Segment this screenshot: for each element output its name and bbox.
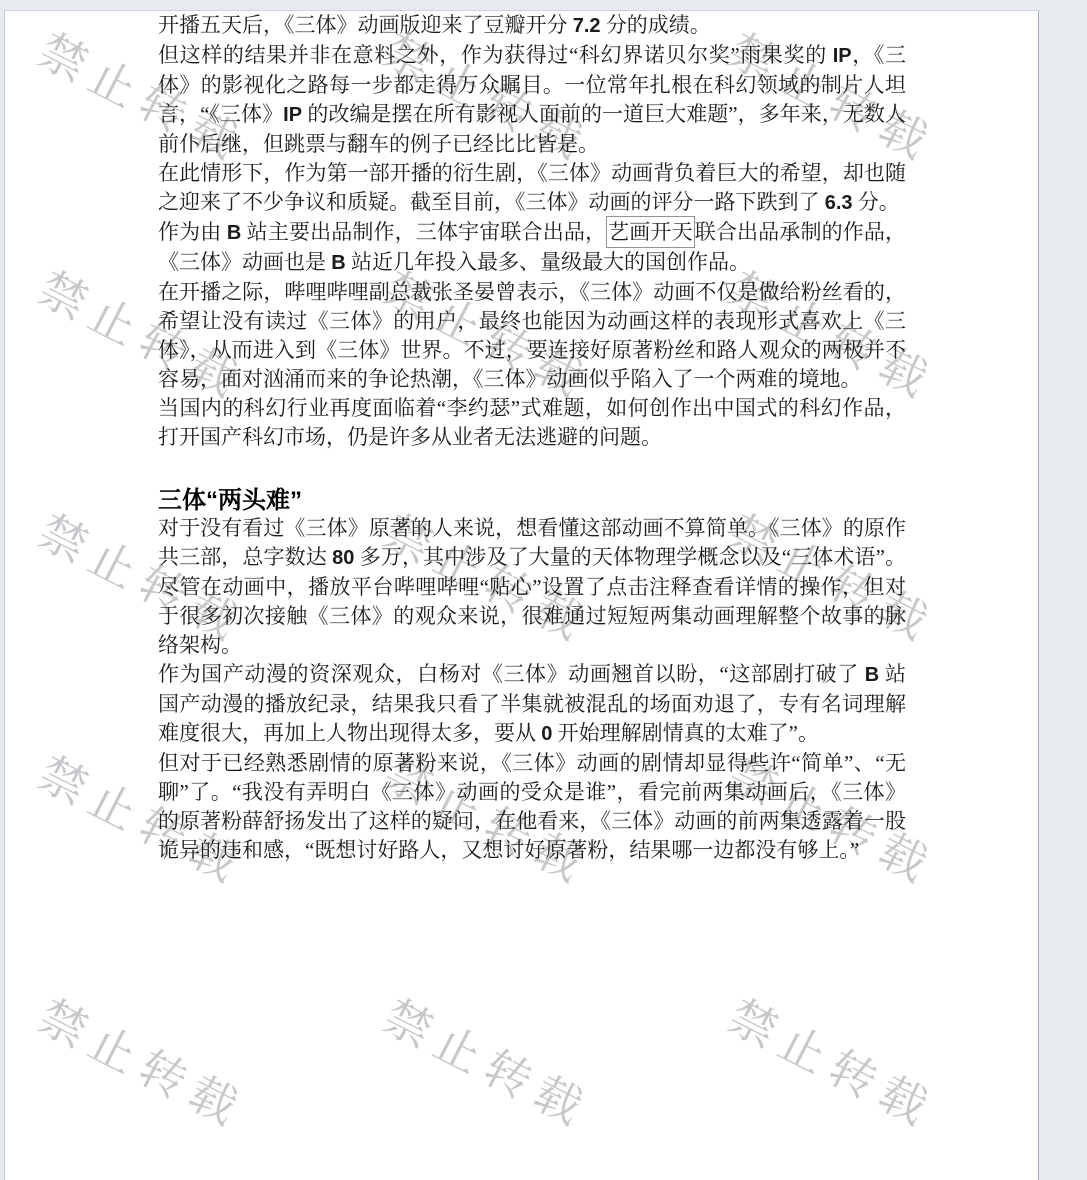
text-segment: 分的成绩。: [601, 13, 711, 37]
paragraph: 在开播之际，哔哩哔哩副总裁张圣晏曾表示，《三体》动画不仅是做给粉丝看的，希望让没…: [158, 278, 906, 394]
text-segment: 分。: [853, 190, 900, 214]
paragraph: 开播五天后，《三体》动画版迎来了豆瓣开分 7.2 分的成绩。: [158, 11, 906, 41]
paragraph: 但对于已经熟悉剧情的原著粉来说，《三体》动画的剧情却显得些许“简单”、“无聊”了…: [158, 749, 906, 865]
text-segment: 在此情形下，作为第一部开播的衍生剧，《三体》动画背负着巨大的希望，却也随之迎来了…: [158, 161, 906, 214]
latin-segment: B: [227, 222, 241, 244]
latin-segment: 80: [332, 547, 354, 569]
document-viewer: { "watermark": { "text": "禁止转载", "color"…: [0, 0, 1087, 1180]
paragraph: 在此情形下，作为第一部开播的衍生剧，《三体》动画背负着巨大的希望，却也随之迎来了…: [158, 159, 906, 218]
text-segment: 开播五天后，《三体》动画版迎来了豆瓣开分: [158, 13, 573, 37]
text-segment: 但对于已经熟悉剧情的原著粉来说，《三体》动画的剧情却显得些许“简单”、“无聊”了…: [158, 751, 906, 862]
paragraph: 作为由 B 站主要出品制作，三体宇宙联合出品，艺画开天联合出品承制的作品，《三体…: [158, 218, 906, 278]
latin-segment: B: [331, 252, 345, 274]
text-segment: 开始理解剧情真的太难了”。: [552, 721, 819, 745]
latin-segment: 7.2: [573, 15, 601, 37]
article-content: 开播五天后，《三体》动画版迎来了豆瓣开分 7.2 分的成绩。 但这样的结果并非在…: [158, 11, 906, 865]
document-page: 禁止转载禁止转载禁止转载禁止转载禁止转载禁止转载禁止转载禁止转载禁止转载禁止转载…: [4, 10, 1039, 1180]
latin-segment: B: [865, 664, 879, 686]
paragraph: 对于没有看过《三体》原著的人来说，想看懂这部动画不算简单。《三体》的原作共三部，…: [158, 514, 906, 660]
latin-segment: IP: [283, 104, 302, 126]
watermark-text: 禁止转载: [374, 981, 604, 1142]
text-segment: 作为国产动漫的资深观众，白杨对《三体》动画翘首以盼，“这部剧打破了: [158, 662, 865, 686]
paragraph: 作为国产动漫的资深观众，白杨对《三体》动画翘首以盼，“这部剧打破了 B 站国产动…: [158, 660, 906, 749]
paragraph: 当国内的科幻行业再度面临着“李约瑟”式难题，如何创作出中国式的科幻作品，打开国产…: [158, 394, 906, 452]
section-heading: 三体“两头难”: [158, 488, 906, 514]
latin-segment: 0: [541, 723, 552, 745]
text-segment: 作为由: [158, 220, 227, 244]
watermark-text: 禁止转载: [29, 981, 259, 1142]
boxed-annotation[interactable]: 艺画开天: [606, 216, 695, 248]
text-segment: 但这样的结果并非在意料之外，作为获得过“科幻界诺贝尔奖”雨果奖的: [158, 43, 833, 67]
text-segment: 当国内的科幻行业再度面临着“李约瑟”式难题，如何创作出中国式的科幻作品，打开国产…: [158, 396, 906, 449]
watermark-text: 禁止转载: [719, 981, 949, 1142]
text-segment: 在开播之际，哔哩哔哩副总裁张圣晏曾表示，《三体》动画不仅是做给粉丝看的，希望让没…: [158, 280, 906, 391]
paragraph: 但这样的结果并非在意料之外，作为获得过“科幻界诺贝尔奖”雨果奖的 IP，《三体》…: [158, 41, 906, 159]
latin-segment: 6.3: [825, 192, 853, 214]
text-segment: 站近几年投入最多、量级最大的国创作品。: [346, 250, 750, 274]
text-segment: 站主要出品制作，三体宇宙联合出品，: [241, 220, 606, 244]
latin-segment: IP: [833, 45, 852, 67]
